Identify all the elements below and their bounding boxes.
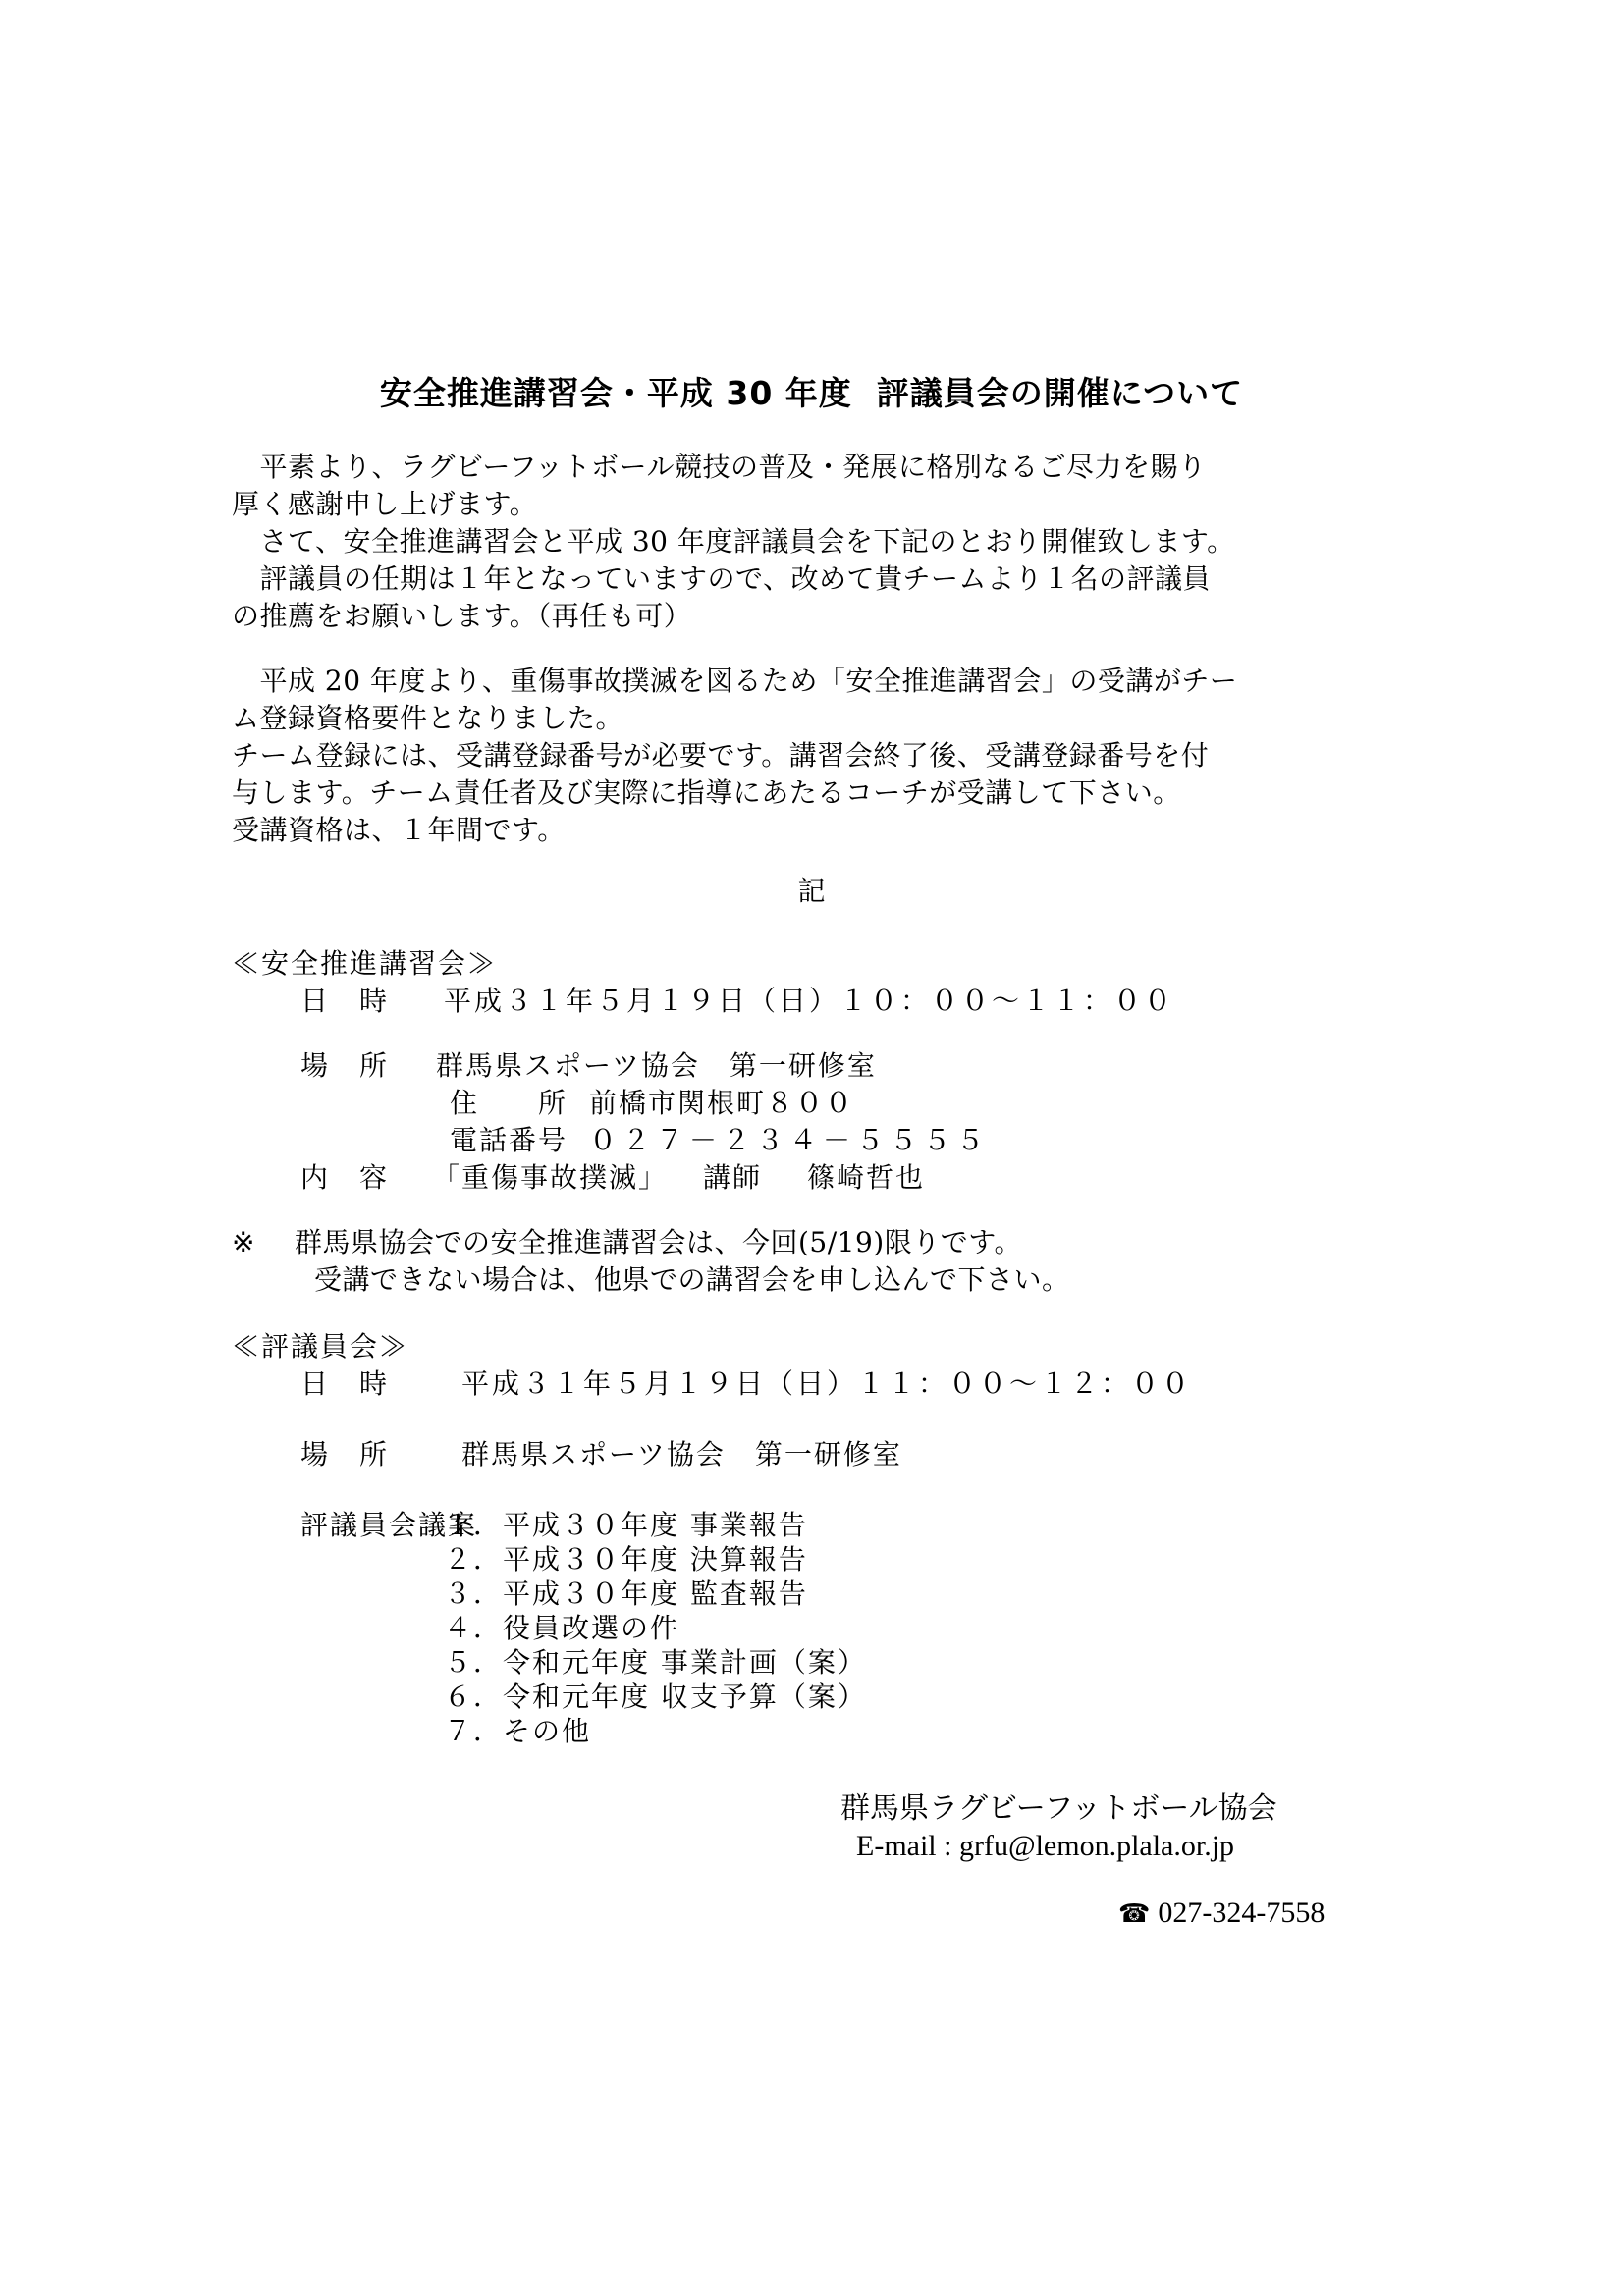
intro-line: の推薦をお願いします。（再任も可）	[232, 603, 691, 630]
notice-line: 与します。チーム責任者及び実際に指導にあたるコーチが受講して下さい。	[232, 779, 1181, 807]
phone-value: ０２７－２３４－５５５５	[589, 1127, 990, 1154]
notice-line: 平成 20 年度より、重傷事故撲滅を図るため「安全推進講習会」の受講がチー	[232, 667, 1237, 695]
place-value: 群馬県スポーツ協会 第一研修室	[436, 1052, 877, 1080]
place-label: 場 所	[300, 1052, 389, 1080]
ki-heading: 記	[0, 878, 1623, 905]
phone-label: 電話番号	[450, 1127, 568, 1154]
agenda-item: ６．令和元年度 収支予算（案）	[444, 1683, 867, 1711]
datetime-value: 平成３１年５月１９日（日）１１：００～１２：００	[461, 1370, 1192, 1398]
document-title: 安全推進講習会・平成 30 年度 評議員会の開催について	[0, 377, 1623, 409]
place-label: 場 所	[300, 1441, 389, 1468]
lecturer-label: 講師	[703, 1164, 762, 1192]
phone-icon: ☎	[1118, 1901, 1150, 1927]
phone-number: 027-324-7558	[1158, 1896, 1325, 1929]
agenda-item: ４．役員改選の件	[444, 1615, 679, 1642]
note-mark: ※	[232, 1229, 256, 1256]
address-label: 住 所	[450, 1090, 568, 1117]
intro-line: 厚く感謝申し上げます。	[232, 491, 537, 518]
place-value: 群馬県スポーツ協会 第一研修室	[461, 1441, 902, 1468]
datetime-value: 平成３１年５月１９日（日）１０：００～１１：００	[444, 988, 1174, 1015]
lecturer-value: 篠崎哲也	[807, 1164, 925, 1192]
intro-line: さて、安全推進講習会と平成 30 年度評議員会を下記のとおり開催致します。	[232, 528, 1235, 556]
content-value: 「重傷事故撲滅」	[432, 1164, 668, 1192]
intro-line: 平素より、ラグビーフットボール競技の普及・発展に格別なるご尽力を賜り	[232, 454, 1206, 481]
note-line: 受講できない場合は、他県での講習会を申し込んで下さい。	[314, 1266, 1070, 1294]
notice-line: 受講資格は、１年間です。	[232, 817, 566, 844]
agenda-item: ２．平成３０年度 決算報告	[444, 1546, 808, 1574]
agenda-item: ３．平成３０年度 監査報告	[444, 1580, 808, 1608]
organization-name: 群馬県ラグビーフットボール協会	[840, 1794, 1277, 1824]
datetime-label: 日 時	[300, 1370, 389, 1398]
address-value: 前橋市関根町８００	[589, 1090, 854, 1117]
phone-line: ☎027-324-7558	[1074, 1869, 1325, 1957]
agenda-item: ７．その他	[444, 1718, 591, 1745]
intro-line: 評議員の任期は１年となっていますので、改めて貴チームより１名の評議員	[232, 565, 1211, 593]
notice-line: チーム登録には、受講登録番号が必要です。講習会終了後、受講登録番号を付	[232, 742, 1209, 770]
agenda-item: １．平成３０年度 事業報告	[444, 1512, 808, 1539]
notice-line: ム登録資格要件となりました。	[232, 705, 623, 732]
agenda-item: ５．令和元年度 事業計画（案）	[444, 1649, 867, 1677]
email-address: E-mail : grfu@lemon.plala.or.jp	[856, 1832, 1234, 1861]
safety-seminar-heading: ≪安全推進講習会≫	[232, 950, 497, 978]
council-heading: ≪評議員会≫	[232, 1333, 408, 1361]
content-label: 内 容	[300, 1164, 389, 1192]
note-line: 群馬県協会での安全推進講習会は、今回(5/19)限りです。	[295, 1229, 1022, 1256]
datetime-label: 日 時	[300, 988, 389, 1015]
